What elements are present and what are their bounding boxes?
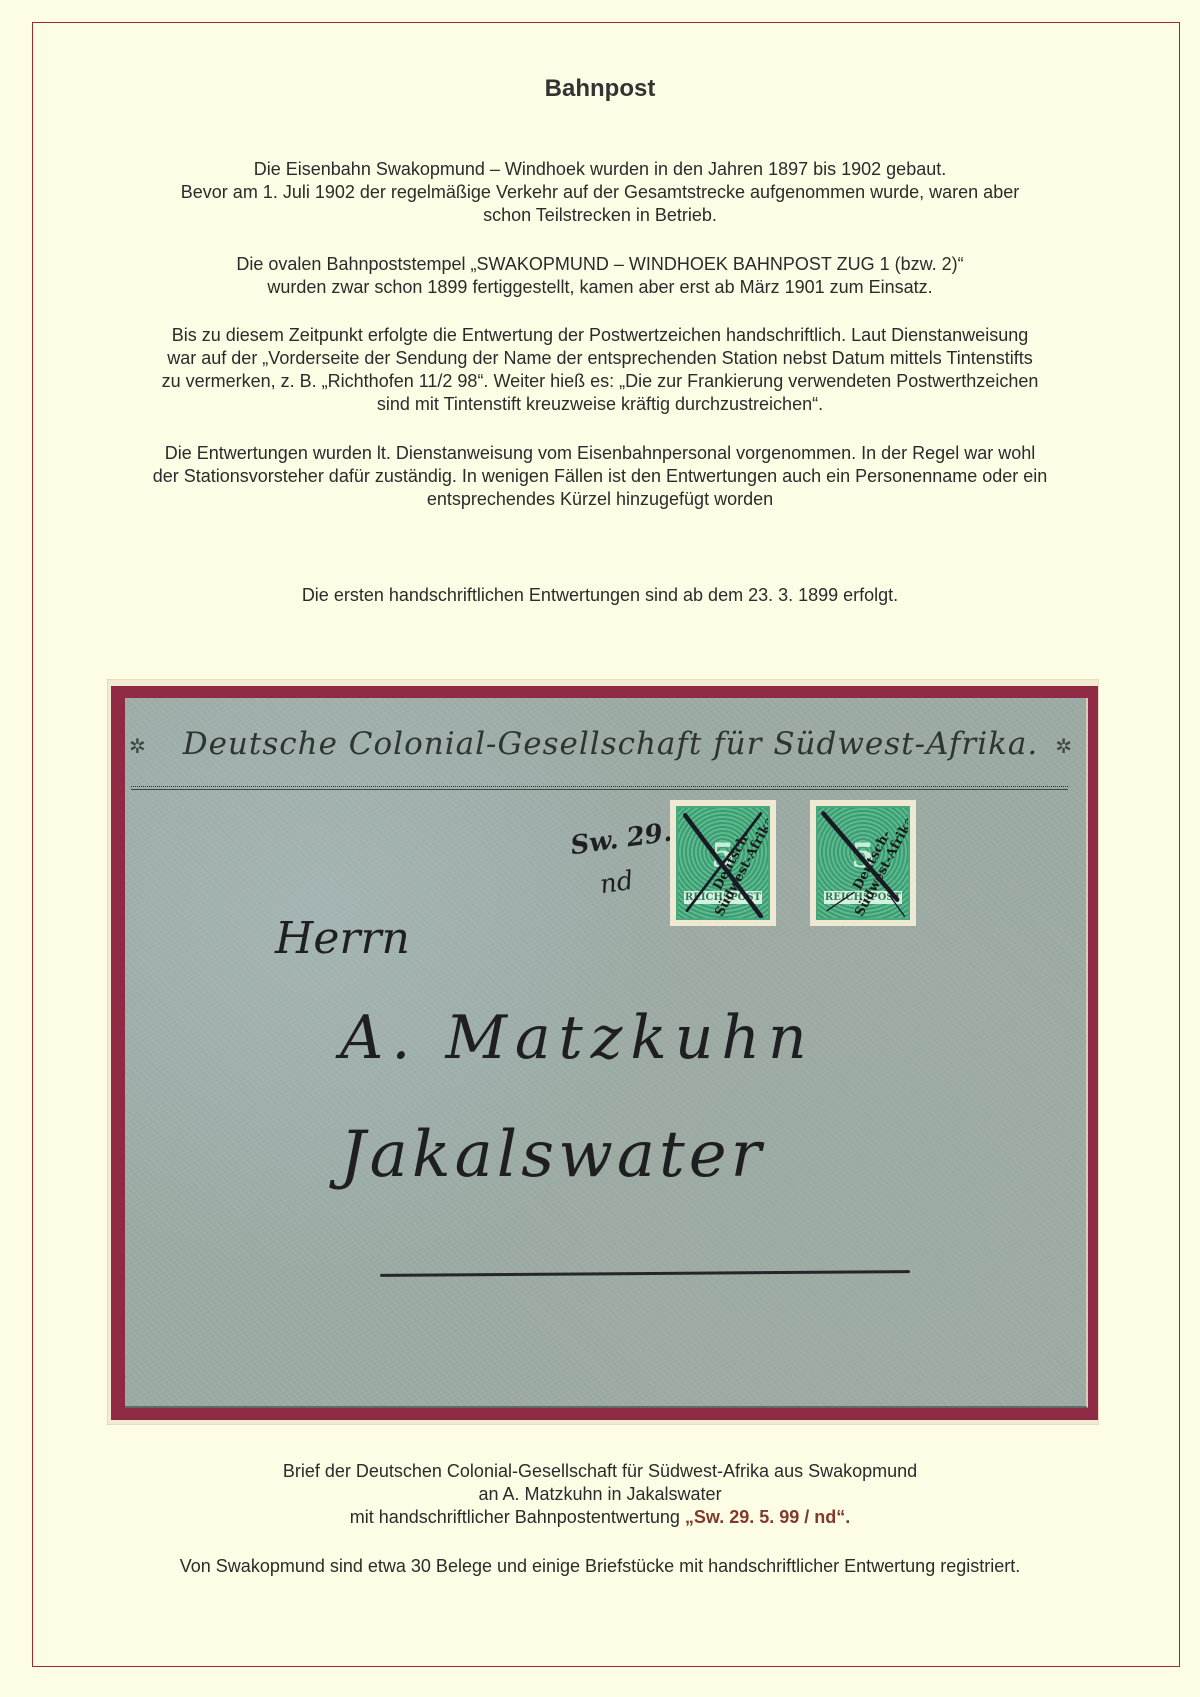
pen-cross-cancel-icon xyxy=(818,808,908,918)
stamp-design: 5 REICHSPOST Deutsch- Südwest-Afrika xyxy=(816,806,910,920)
cancel-transcription: „Sw. 29. 5. 99 / nd“. xyxy=(685,1507,850,1527)
text-line: sind mit Tintenstift kreuzweise kräftig … xyxy=(60,393,1140,416)
stamp-1: 5 REICHSPOST Deutsch- Südwest-Afrika xyxy=(670,800,776,926)
ornament-icon: ✲ xyxy=(129,734,146,759)
text-line: war auf der „Vorderseite der Sendung der… xyxy=(60,347,1140,370)
pen-cross-cancel-icon xyxy=(678,808,768,918)
caption-line: an A. Matzkuhn in Jakalswater xyxy=(60,1483,1140,1506)
text-line: zu vermerken, z. B. „Richthofen 11/2 98“… xyxy=(60,370,1140,393)
paragraph-railway-staff: Die Entwertungen wurden lt. Dienstanweis… xyxy=(60,442,1140,511)
letterhead-dotted-rule xyxy=(131,786,1068,787)
paragraph-railway-history: Die Eisenbahn Swakopmund – Windhoek wurd… xyxy=(60,158,1140,227)
cover-mount: ✲ Deutsche Colonial-Gesellschaft für Süd… xyxy=(108,680,1098,1424)
text-line: Die ovalen Bahnpoststempel „SWAKOPMUND –… xyxy=(60,253,1140,276)
text-line: entsprechendes Kürzel hinzugefügt worden xyxy=(60,488,1140,511)
stamp-2: 5 REICHSPOST Deutsch- Südwest-Afrika xyxy=(810,800,916,926)
text-line: wurden zwar schon 1899 fertiggestellt, k… xyxy=(60,276,1140,299)
address-underline xyxy=(380,1270,910,1277)
caption-line: Brief der Deutschen Colonial-Gesellschaf… xyxy=(60,1460,1140,1483)
address-recipient: A. Matzkuhn xyxy=(340,1003,815,1073)
text-line: Die ersten handschriftlichen Entwertunge… xyxy=(60,584,1140,607)
letterhead-rule xyxy=(131,789,1068,790)
cover-caption: Brief der Deutschen Colonial-Gesellschaf… xyxy=(60,1460,1140,1529)
text-line: Die Entwertungen wurden lt. Dienstanweis… xyxy=(60,442,1140,465)
address-salutation: Herrn xyxy=(275,913,410,964)
manuscript-cancel-initials: nd xyxy=(598,866,635,900)
caption-text: mit handschriftlicher Bahnpostentwertung xyxy=(350,1507,685,1527)
mat-border: ✲ Deutsche Colonial-Gesellschaft für Süd… xyxy=(111,686,1098,1420)
paragraph-oval-cancels: Die ovalen Bahnpoststempel „SWAKOPMUND –… xyxy=(60,253,1140,299)
letterhead: Deutsche Colonial-Gesellschaft für Südwe… xyxy=(145,726,1076,762)
paragraph-manuscript-cancellation: Bis zu diesem Zeitpunkt erfolgte die Ent… xyxy=(60,324,1140,416)
text-line: der Stationsvorsteher dafür zuständig. I… xyxy=(60,465,1140,488)
footnote: Von Swakopmund sind etwa 30 Belege und e… xyxy=(60,1555,1140,1578)
envelope-cover: ✲ Deutsche Colonial-Gesellschaft für Süd… xyxy=(125,698,1088,1408)
address-place: Jakalswater xyxy=(340,1118,765,1192)
text-line: Die Eisenbahn Swakopmund – Windhoek wurd… xyxy=(60,158,1140,181)
stamp-design: 5 REICHSPOST Deutsch- Südwest-Afrika xyxy=(676,806,770,920)
page-title: Bahnpost xyxy=(0,75,1200,103)
text-line: Bis zu diesem Zeitpunkt erfolgte die Ent… xyxy=(60,324,1140,347)
ornament-icon: ✲ xyxy=(1055,734,1072,759)
paragraph-first-cancels: Die ersten handschriftlichen Entwertunge… xyxy=(60,584,1140,607)
text-line: schon Teilstrecken in Betrieb. xyxy=(60,204,1140,227)
caption-line: mit handschriftlicher Bahnpostentwertung… xyxy=(60,1506,1140,1529)
text-line: Bevor am 1. Juli 1902 der regelmäßige Ve… xyxy=(60,181,1140,204)
